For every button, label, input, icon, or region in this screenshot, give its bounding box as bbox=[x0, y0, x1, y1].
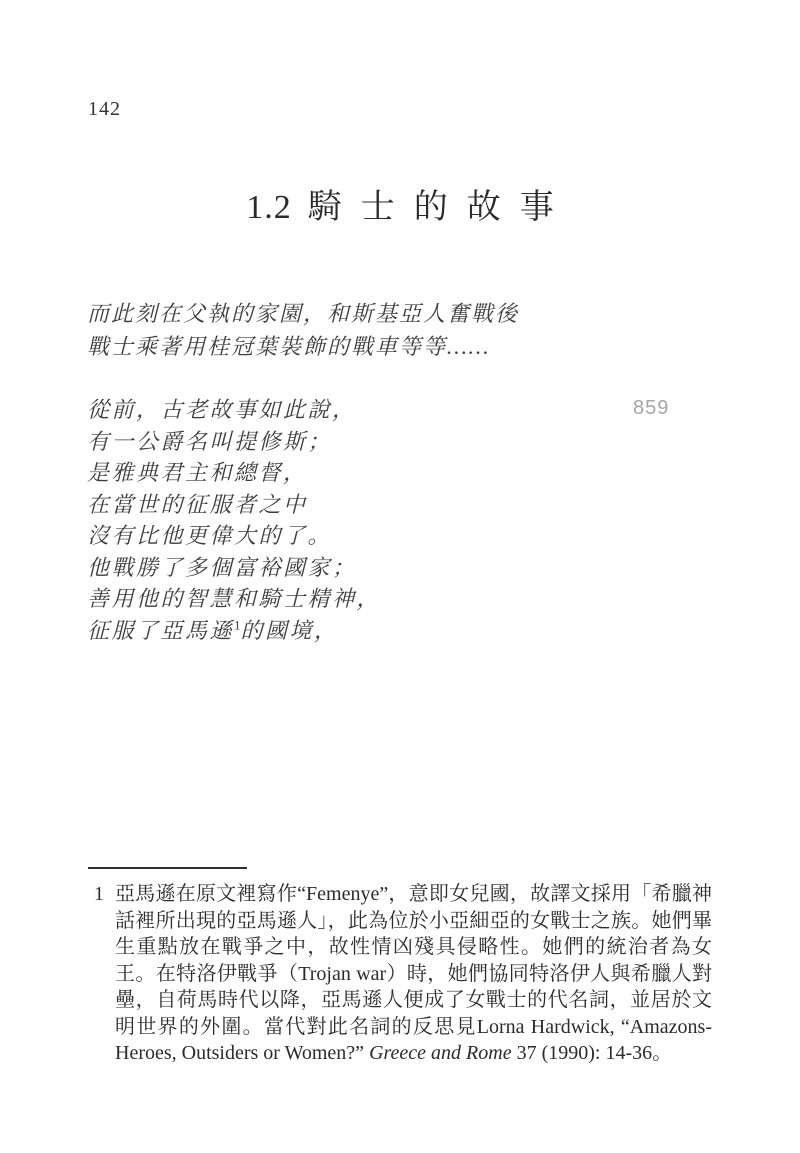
footnote-text-segment: 37 (1990): 14-36。 bbox=[512, 1042, 673, 1064]
poem-line-text: 征服了亞馬遜 bbox=[87, 618, 234, 643]
chapter-title: 1.2騎士的故事 bbox=[0, 179, 800, 228]
chapter-number: 1.2 bbox=[246, 189, 292, 226]
page-number: 142 bbox=[88, 98, 121, 121]
footnote-text: 亞馬遜在原文裡寫作“Femenye”，意即女兒國，故譯文採用「希臘神話裡所出現的… bbox=[115, 881, 712, 1067]
journal-title: Greece and Rome bbox=[369, 1042, 512, 1064]
footnote-text-segment: 亞馬遜在原文裡寫作“Femenye”，意即女兒國，故譯文採用「希臘神話裡所出現的… bbox=[115, 883, 712, 1064]
book-page: 142 1.2騎士的故事 而此刻在父執的家園，和斯基亞人奮戰後 戰士乘著用桂冠葉… bbox=[0, 0, 800, 1153]
epigraph-line: 戰士乘著用桂冠葉裝飾的戰車等等…… bbox=[87, 330, 519, 363]
poem-line: 他戰勝了多個富裕國家； bbox=[87, 552, 381, 584]
poem-line: 沒有比他更偉大的了。 bbox=[87, 520, 381, 552]
footnote: 1 亞馬遜在原文裡寫作“Femenye”，意即女兒國，故譯文採用「希臘神話裡所出… bbox=[88, 881, 712, 1067]
epigraph: 而此刻在父執的家園，和斯基亞人奮戰後 戰士乘著用桂冠葉裝飾的戰車等等…… bbox=[87, 297, 519, 363]
verse-line-number: 859 bbox=[633, 397, 669, 420]
poem-line: 在當世的征服者之中 bbox=[87, 489, 381, 521]
poem-line: 從前，古老故事如此說， bbox=[87, 394, 381, 426]
poem-line: 善用他的智慧和騎士精神， bbox=[87, 583, 381, 615]
poem-line: 是雅典君主和總督， bbox=[87, 457, 381, 489]
poem-line: 有一公爵名叫提修斯； bbox=[87, 426, 381, 458]
chapter-title-text: 騎士的故事 bbox=[308, 189, 573, 226]
epigraph-line: 而此刻在父執的家園，和斯基亞人奮戰後 bbox=[87, 297, 519, 330]
poem-line-text: 的國境， bbox=[241, 618, 339, 643]
footnote-separator-rule bbox=[88, 867, 247, 869]
footnote-number: 1 bbox=[94, 881, 104, 908]
poem-stanza: 從前，古老故事如此說， 有一公爵名叫提修斯； 是雅典君主和總督， 在當世的征服者… bbox=[87, 394, 381, 646]
poem-line-with-footnote: 征服了亞馬遜1的國境， bbox=[87, 615, 381, 647]
